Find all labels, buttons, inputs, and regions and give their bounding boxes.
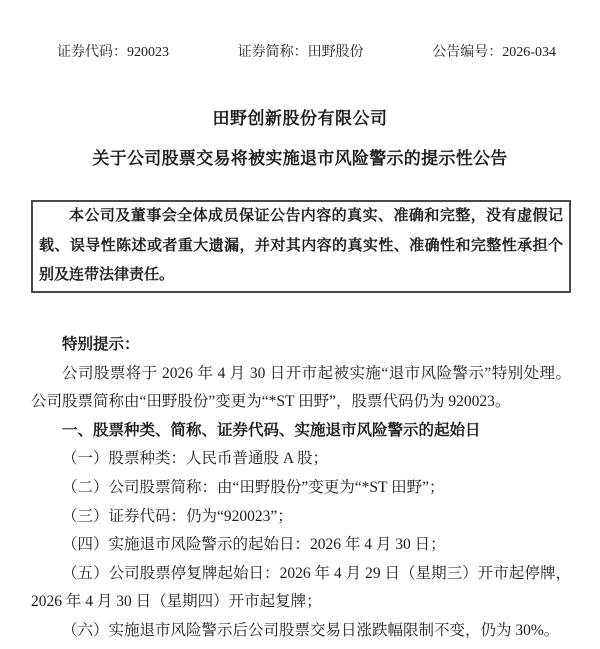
section1-heading: 一、股票种类、简称、证券代码、实施退市风险警示的起始日 bbox=[31, 417, 571, 446]
section1-item-4: （四）实施退市风险警示的起始日：2026 年 4 月 30 日； bbox=[31, 531, 571, 560]
announcement-title: 关于公司股票交易将被实施退市风险警示的提示性公告 bbox=[0, 144, 600, 169]
stock-short-name: 证券简称：田野股份 bbox=[238, 44, 364, 62]
section1-item-5: （五）公司股票停复牌起始日：2026 年 4 月 29 日（星期三）开市起停牌，… bbox=[31, 560, 571, 617]
announcement-document: 证券代码：920023 证券简称：田野股份 公告编号：2026-034 田野创新… bbox=[0, 0, 600, 649]
special-notice-label: 特别提示： bbox=[31, 331, 571, 360]
announcement-number: 公告编号：2026-034 bbox=[432, 44, 556, 62]
special-notice-paragraph: 公司股票将于 2026 年 4 月 30 日开市起被实施“退市风险警示”特别处理… bbox=[31, 360, 571, 417]
section1-item-6: （六）实施退市风险警示后公司股票交易日涨跌幅限制不变，仍为 30%。 bbox=[31, 617, 571, 646]
section1-item-1: （一）股票种类：人民币普通股 A 股； bbox=[31, 445, 571, 474]
document-header: 证券代码：920023 证券简称：田野股份 公告编号：2026-034 bbox=[57, 44, 556, 62]
document-body: 特别提示： 公司股票将于 2026 年 4 月 30 日开市起被实施“退市风险警… bbox=[31, 331, 571, 646]
stock-code: 证券代码：920023 bbox=[57, 44, 169, 62]
section1-item-3: （三）证券代码：仍为“920023”； bbox=[31, 503, 571, 532]
declaration-text: 本公司及董事会全体成员保证公告内容的真实、准确和完整，没有虚假记载、误导性陈述或… bbox=[39, 202, 563, 291]
declaration-box: 本公司及董事会全体成员保证公告内容的真实、准确和完整，没有虚假记载、误导性陈述或… bbox=[31, 200, 571, 293]
section1-item-2: （二）公司股票简称：由“田野股份”变更为“*ST 田野”； bbox=[31, 474, 571, 503]
company-name-title: 田野创新股份有限公司 bbox=[0, 104, 600, 129]
